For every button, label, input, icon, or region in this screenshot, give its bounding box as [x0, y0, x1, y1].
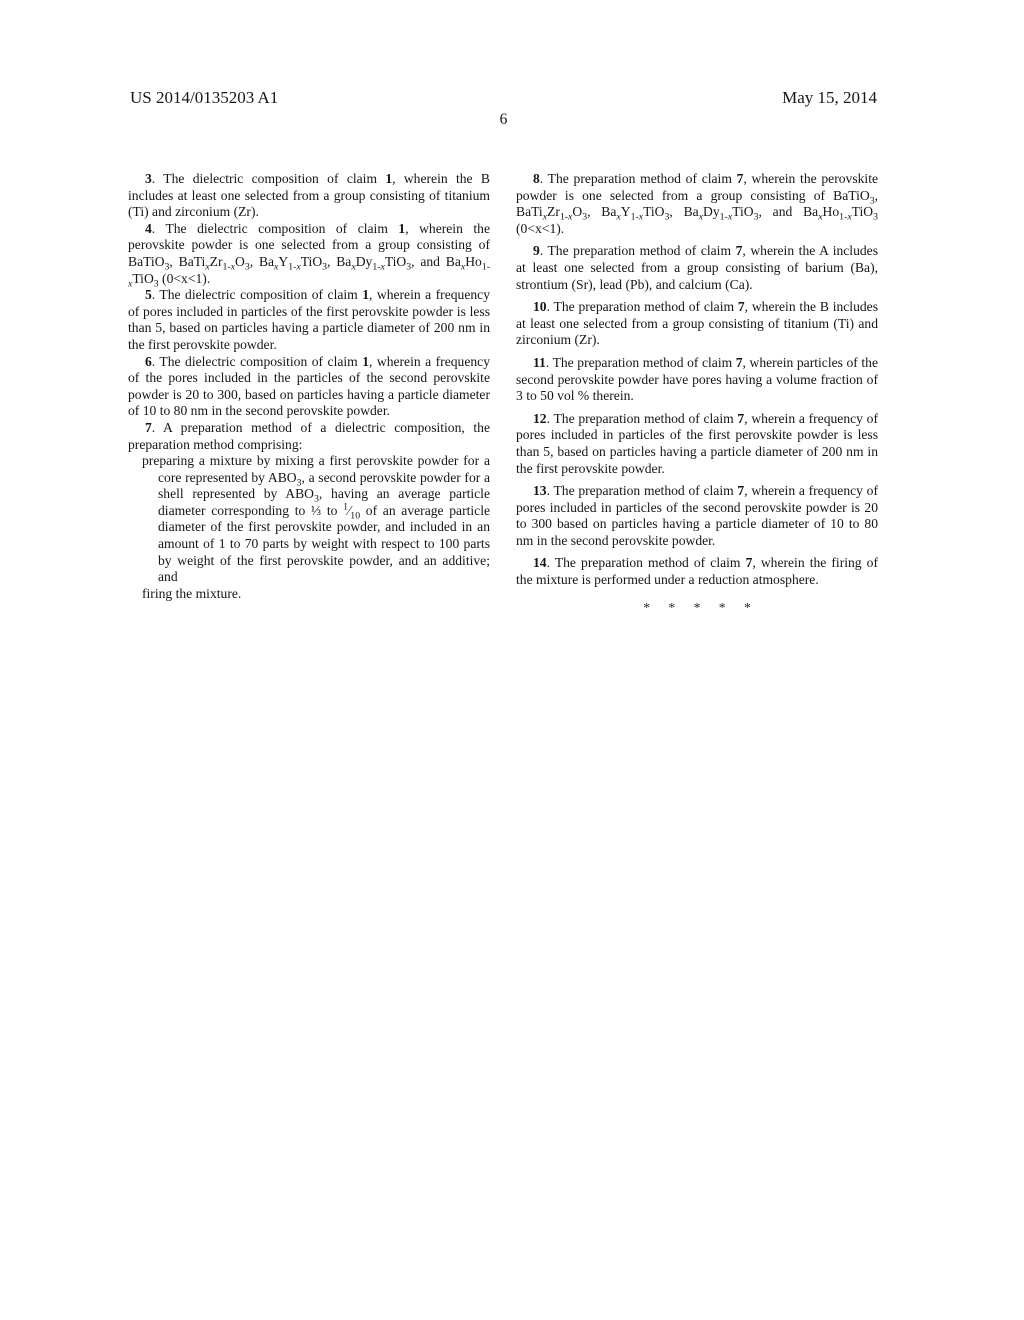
end-of-claims-marker: * * * * *: [516, 600, 878, 617]
claim-13: 13. The preparation method of claim 7, w…: [516, 483, 878, 549]
patent-publication-number: US 2014/0135203 A1: [130, 88, 278, 107]
claim-11: 11. The preparation method of claim 7, w…: [516, 355, 878, 405]
publication-date: May 15, 2014: [782, 88, 877, 107]
claim-14: 14. The preparation method of claim 7, w…: [516, 555, 878, 588]
claim-12: 12. The preparation method of claim 7, w…: [516, 411, 878, 477]
patent-document-page: US 2014/0135203 A1 May 15, 2014 6 3. The…: [0, 0, 1024, 1320]
right-column: 8. The preparation method of claim 7, wh…: [516, 171, 878, 630]
page-number: 6: [130, 111, 877, 129]
claim-6: 6. The dielectric composition of claim 1…: [128, 354, 490, 420]
claim-9: 9. The preparation method of claim 7, wh…: [516, 243, 878, 293]
claim-7: 7. A preparation method of a dielectric …: [128, 420, 490, 453]
claims-body: 3. The dielectric composition of claim 1…: [128, 171, 878, 630]
left-column: 3. The dielectric composition of claim 1…: [128, 171, 490, 630]
claim-4: 4. The dielectric composition of claim 1…: [128, 221, 490, 287]
page-header: US 2014/0135203 A1 May 15, 2014: [130, 88, 877, 107]
claim-7-step-firing: firing the mixture.: [128, 586, 490, 603]
claim-5: 5. The dielectric composition of claim 1…: [128, 287, 490, 353]
claim-10: 10. The preparation method of claim 7, w…: [516, 299, 878, 349]
claim-8: 8. The preparation method of claim 7, wh…: [516, 171, 878, 237]
claim-7-step-preparing: preparing a mixture by mixing a first pe…: [128, 453, 490, 586]
claim-3: 3. The dielectric composition of claim 1…: [128, 171, 490, 221]
